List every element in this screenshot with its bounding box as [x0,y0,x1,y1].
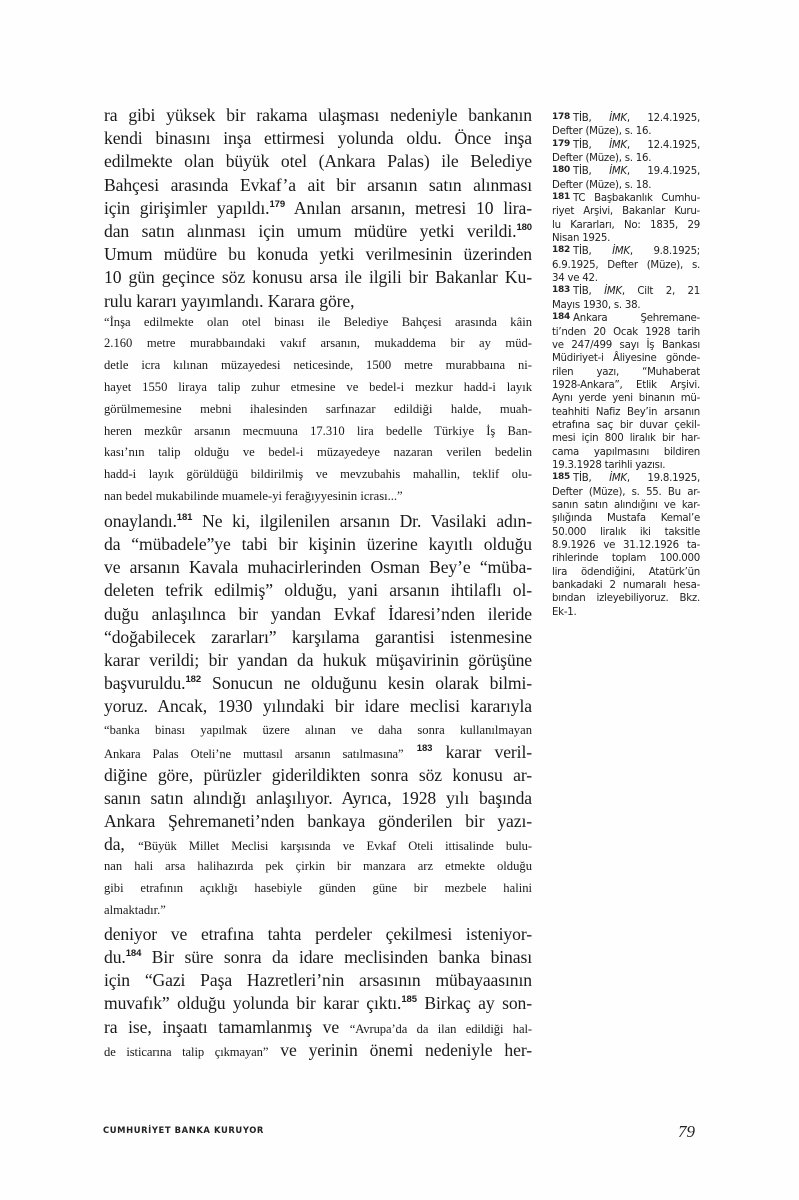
footnote-ref-180[interactable]: 180 [516,222,532,233]
footnote-179: 179TİB, İMK, 12.4.1925,Defter (Müze), s.… [552,139,700,166]
main-text-column: ra gibi yüksek bir rakama ulaşması neden… [104,104,532,1062]
footnote-line: 179TİB, İMK, 12.4.1925, [552,139,700,152]
footnote-number: 183 [552,285,570,295]
footnote-line: 6.9.1925, Defter (Müze), s. [552,259,700,272]
block-quote-1: “İnşa edilmekte olan otel binası ile Bel… [104,312,532,508]
text-line: Ankara Palas Oteli’ne muttasıl arsanın s… [104,741,532,764]
running-footer-title: CUMHURİYET BANKA KURUYOR [103,1125,264,1135]
footnote-line: Müdiriyet-i Âliyesine gönde- [552,352,700,365]
footnote-text: 1928-Ankara”, Etlik Arşivi. [552,380,700,391]
text-segment: karar veril- [432,742,532,762]
footnote-text: lu Kararları, No: 1835, 29 [552,220,700,231]
footnote-line: etrafına saç bir duvar çekil- [552,419,700,432]
footnote-number: 182 [552,245,570,255]
footnote-text: Defter (Müze), s. 16. [552,153,651,164]
footnote-178: 178TİB, İMK, 12.4.1925,Defter (Müze), s.… [552,112,700,139]
footnote-text: TİB, [573,113,609,124]
text-segment: Birkaç ay son- [417,993,532,1013]
footnote-text: , 12.4.1925, [627,140,700,151]
footnote-text: 8.9.1926 ve 31.12.1926 ta- [552,540,700,551]
footnote-text: Ankara Şehremane- [573,313,700,324]
footnote-number: 179 [552,139,570,149]
footnote-line: Defter (Müze), s. 16. [552,125,700,138]
text-line: 10 gün geçince söz konusu arsa ile ilgil… [104,266,532,289]
footnotes-column: 178TİB, İMK, 12.4.1925,Defter (Müze), s.… [552,112,700,619]
text-line: karar verildi; bir yandan da hukuk müşav… [104,649,532,672]
inline-quote: de isticarına talip çıkmayan” [104,1045,268,1059]
footnote-text: rihlerinde toplam 100.000 [552,553,700,564]
footnote-text: TİB, [573,166,609,177]
footnote-ref-183[interactable]: 183 [417,743,433,754]
text-line: du.184 Bir süre sonra da idare meclisind… [104,946,532,969]
footnote-line: bından izleyebiliyoruz. Bkz. [552,592,700,605]
footnote-line: Defter (Müze), s. 16. [552,152,700,165]
footnote-text: mesi için 800 liralık bir har- [552,433,700,444]
footnote-180: 180TİB, İMK, 19.4.1925,Defter (Müze), s.… [552,165,700,192]
text-segment: Sonucun ne olduğunu kesin olarak bilmi- [201,673,532,693]
text-line: için girişimler yapıldı.179 Anılan arsan… [104,197,532,220]
source-abbreviation: İMK [609,473,627,484]
quote-line: görülmemesine mebni ihalesinden sarfınaz… [104,399,532,421]
quote-line: kası’nın talip olduğu ve bedel-i müzayed… [104,442,532,464]
footnote-line: rilen yazı, “Muhaberat [552,366,700,379]
footnote-line: rihlerinde toplam 100.000 [552,552,700,565]
text-line: ra gibi yüksek bir rakama ulaşması neden… [104,104,532,127]
footnote-text: etrafına saç bir duvar çekil- [552,420,700,431]
text-segment: Ne ki, ilgilenilen arsanın Dr. Vasilaki … [192,511,532,531]
footnote-line: lu Kararları, No: 1835, 29 [552,219,700,232]
footnote-line: 8.9.1926 ve 31.12.1926 ta- [552,539,700,552]
footnote-ref-184[interactable]: 184 [126,948,142,959]
footnote-text: TİB, [573,140,609,151]
footnote-text: lira ödendiğini, Atatürk’ün [552,567,700,578]
footnote-line: lira ödendiğini, Atatürk’ün [552,566,700,579]
footnote-text: TİB, [573,473,609,484]
footnote-line: 185TİB, İMK, 19.8.1925, [552,472,700,485]
text-line: yoruz. Ancak, 1930 yılındaki bir idare m… [104,695,532,718]
source-abbreviation: İMK [612,246,630,257]
text-line: duğu anlaşılınca bir yandan Evkaf İdares… [104,603,532,626]
text-segment: Bir süre sonra da idare meclisinden bank… [141,947,532,967]
footnote-text: ve 247/499 sayı İş Bankası [552,340,700,351]
footnote-text: ti’nden 20 Ocak 1928 tarih [552,327,700,338]
footnote-text: TİB, [573,286,604,297]
footnote-184: 184Ankara Şehremane-ti’nden 20 Ocak 1928… [552,312,700,472]
footnote-text: Ek-1. [552,607,576,618]
footnote-line: Nisan 1925. [552,232,700,245]
footnote-line: 181TC Başbakanlık Cumhu- [552,192,700,205]
footnote-line: ti’nden 20 Ocak 1928 tarih [552,326,700,339]
text-segment: için girişimler yapıldı. [104,198,269,218]
footnote-line: 50.000 liralık iki taksitle [552,526,700,539]
footnote-text: , 19.4.1925, [627,166,700,177]
footnote-line: 184Ankara Şehremane- [552,312,700,325]
footnote-ref-179[interactable]: 179 [269,199,285,210]
text-segment: muvafık” olduğu yolunda bir karar çıktı. [104,993,401,1013]
paragraph-4: deniyor ve etrafına tahta perdeler çekil… [104,923,532,1062]
quote-line: hayet 1550 liraya talip zuhur etmesine v… [104,377,532,399]
footnote-line: 1928-Ankara”, Etlik Arşivi. [552,379,700,392]
footnote-text: rilen yazı, “Muhaberat [552,367,700,378]
footnote-line: şılığında Mustafa Kemal’e [552,512,700,525]
footnote-text: 50.000 liralık iki taksitle [552,527,700,538]
text-segment: du. [104,947,126,967]
text-line: “doğabilecek zararları” karşılama garant… [104,626,532,649]
footnote-text: TİB, [573,246,612,257]
text-line: deniyor ve etrafına tahta perdeler çekil… [104,923,532,946]
footnote-text: Defter (Müze), s. 16. [552,126,651,137]
text-line: Umum müdüre bu konuda yetki verilmesinin… [104,243,532,266]
text-line: deleten tefrik edilmiş” olduğu, yani ars… [104,579,532,602]
footnote-text: Defter (Müze), s. 18. [552,180,651,191]
quote-line: “İnşa edilmekte olan otel binası ile Bel… [104,312,532,334]
quote-line: almaktadır.” [104,900,532,922]
text-line: için “Gazi Paşa Hazretleri’nin arsasının… [104,969,532,992]
footnote-line: bankadaki 2 numaralı hesa- [552,579,700,592]
quote-line: 2.160 metre murabbaındaki vakıf arsanın,… [104,333,532,355]
footnote-183: 183TİB, İMK, Cilt 2, 21Mayıs 1930, s. 38… [552,285,700,312]
footnote-text: bından izleyebiliyoruz. Bkz. [552,593,700,604]
book-page: ra gibi yüksek bir rakama ulaşması neden… [0,0,799,1200]
footnote-text: bankadaki 2 numaralı hesa- [552,580,700,591]
footnote-text: şılığında Mustafa Kemal’e [552,513,700,524]
footnote-182: 182TİB, İMK, 9.8.1925;6.9.1925, Defter (… [552,245,700,285]
text-line: sanın satın alındığı anlaşılıyor. Ayrıca… [104,787,532,810]
footnote-text: Müdiriyet-i Âliyesine gönde- [552,353,700,364]
footnote-185: 185TİB, İMK, 19.8.1925,Defter (Müze), s.… [552,472,700,619]
footnote-text: sanın satın alındığını ve kar- [552,500,700,511]
quote-line: hadd-i layık görüldüğü bildirilmiş ve me… [104,464,532,486]
footnote-line: mesi için 800 liralık bir har- [552,432,700,445]
text-line: edilmekte olan büyük otel (Ankara Palas)… [104,150,532,173]
footnote-ref-185[interactable]: 185 [401,994,417,1005]
footnote-line: Ek-1. [552,606,700,619]
footnote-line: cama yapılmasını bildiren [552,446,700,459]
paragraph-2: onaylandı.181 Ne ki, ilgilenilen arsanın… [104,510,532,719]
source-abbreviation: İMK [604,286,622,297]
footnote-text: Mayıs 1930, s. 38. [552,300,640,311]
footnote-line: Defter (Müze), s. 18. [552,179,700,192]
footnote-text: cama yapılmasını bildiren [552,447,700,458]
footnote-number: 180 [552,165,570,175]
footnote-line: 19.3.1928 tarihli yazısı. [552,459,700,472]
footnote-ref-181[interactable]: 181 [177,512,193,523]
footnote-number: 178 [552,112,570,122]
text-line: ve arsanın Kavala muhacirlerinden Osman … [104,556,532,579]
footnote-line: 34 ve 42. [552,272,700,285]
text-segment: onaylandı. [104,511,177,531]
text-segment: başvuruldu. [104,673,185,693]
footnote-line: riyet Arşivi, Bakanlar Kuru- [552,205,700,218]
footnote-text: 34 ve 42. [552,273,598,284]
footnote-line: Aynı yerde yeni binanın mü- [552,392,700,405]
text-segment: dan satın alınması için umum müdüre yetk… [104,221,516,241]
text-line: Ankara Şehremaneti’nden bankaya gönderil… [104,810,532,833]
quote-line: “banka binası yapılmak üzere alınan ve d… [104,719,532,741]
footnote-line: 178TİB, İMK, 12.4.1925, [552,112,700,125]
footnote-text: , 12.4.1925, [627,113,700,124]
text-segment: ve yerinin önemi nedeniyle her- [268,1040,532,1060]
footnote-ref-182[interactable]: 182 [185,674,201,685]
text-segment: da, [104,834,138,854]
quote-line: heren mezkûr arsanın mecmuuna 17.310 lir… [104,421,532,443]
quote-line: nan bedel mukabilinde muamele-yi ferağıy… [104,486,532,508]
text-line: Bahçesi arasında Evkaf’a ait bir arsanın… [104,174,532,197]
footnote-line: teahhiti Nafiz Bey’in arsanın [552,406,700,419]
footnote-line: 180TİB, İMK, 19.4.1925, [552,165,700,178]
text-line: kendi binasını inşa ettirmesi yolunda ol… [104,127,532,150]
footnote-number: 181 [552,192,570,202]
footnote-text: Aynı yerde yeni binanın mü- [552,393,700,404]
footnote-text: 6.9.1925, Defter (Müze), s. [552,260,700,271]
footnote-line: sanın satın alındığını ve kar- [552,499,700,512]
page-number: 79 [678,1122,695,1142]
text-line: başvuruldu.182 Sonucun ne olduğunu kesin… [104,672,532,695]
footnote-text: , 9.8.1925; [630,246,700,257]
footnote-text: TC Başbakanlık Cumhu- [573,193,700,204]
text-line: de isticarına talip çıkmayan” ve yerinin… [104,1039,532,1062]
footnote-181: 181TC Başbakanlık Cumhu-riyet Arşivi, Ba… [552,192,700,245]
text-line: da, “Büyük Millet Meclisi karşısında ve … [104,833,532,856]
quote-line: nan hali arsa halihazırda pek çirkin bir… [104,856,532,878]
text-line: muvafık” olduğu yolunda bir karar çıktı.… [104,992,532,1015]
footnote-line: 182TİB, İMK, 9.8.1925; [552,245,700,258]
footnote-text: teahhiti Nafiz Bey’in arsanın [552,407,700,418]
footnote-number: 184 [552,312,570,322]
footnote-line: ve 247/499 sayı İş Bankası [552,339,700,352]
footnote-text: , 19.8.1925, [627,473,700,484]
quote-line: gibi etrafının açıklığı hasebiyle günden… [104,878,532,900]
paragraph-1: ra gibi yüksek bir rakama ulaşması neden… [104,104,532,313]
inline-quote: “Büyük Millet Meclisi karşısında ve Evka… [138,839,532,853]
quote-line: detle icra kılınan müzayedesi neticesind… [104,355,532,377]
footnote-number: 185 [552,472,570,482]
footnote-line: Defter (Müze), s. 55. Bu ar- [552,486,700,499]
inline-quote: Ankara Palas Oteli’ne muttasıl arsanın s… [104,747,404,761]
inline-quote: “Avrupa’da da ilan edildiği hal- [350,1022,532,1036]
footnote-line: 183TİB, İMK, Cilt 2, 21 [552,285,700,298]
text-line: da “mübadele”ye tabi bir kişinin üzerine… [104,533,532,556]
text-segment: Anılan arsanın, metresi 10 lira- [285,198,532,218]
text-segment: ra ise, inşaatı tamamlanmış ve [104,1017,350,1037]
text-line: rulu kararı yayımlandı. Karara göre, [104,290,532,313]
source-abbreviation: İMK [609,140,627,151]
source-abbreviation: İMK [609,166,627,177]
source-abbreviation: İMK [609,113,627,124]
footnote-text: riyet Arşivi, Bakanlar Kuru- [552,206,700,217]
footnote-text: 19.3.1928 tarihli yazısı. [552,460,665,471]
text-line: onaylandı.181 Ne ki, ilgilenilen arsanın… [104,510,532,533]
footnote-text: Nisan 1925. [552,233,610,244]
footnote-text: , Cilt 2, 21 [622,286,700,297]
footnote-line: Mayıs 1930, s. 38. [552,299,700,312]
text-line: ra ise, inşaatı tamamlanmış ve “Avrupa’d… [104,1016,532,1039]
text-line: dan satın alınması için umum müdüre yetk… [104,220,532,243]
text-line: diğine göre, pürüzler giderildikten sonr… [104,764,532,787]
footnote-text: Defter (Müze), s. 55. Bu ar- [552,487,700,498]
